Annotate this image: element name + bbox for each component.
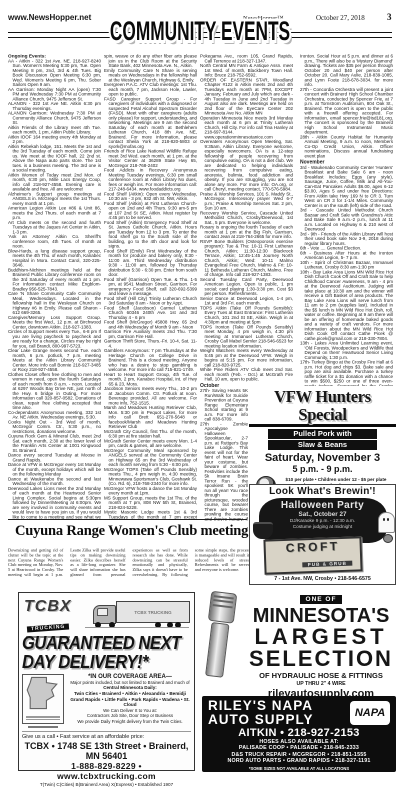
event-entry: Gamblers Anonymous: 7 pm Thursdays at th… (104, 349, 197, 373)
event-entry: Overeaters Anonymous Open Meeting, Sat. … (200, 140, 293, 192)
event-entry: Food Shelf (Jacobson) Carmel Lutheran Ch… (104, 306, 197, 320)
tcbx-logo-text: TCBX (24, 598, 72, 616)
event-entry: Cooks Night Out - 3rd Wed of month, McGr… (8, 420, 101, 434)
event-entry: Cuyuna Rock Gem & Mineral Club, meet 2nd… (8, 434, 101, 453)
event-entry: Caregiver/Memory Loss Support Group. Mee… (8, 315, 101, 329)
event-entry: McGregor TOPS (Take off Pounds Sensibly)… (104, 467, 197, 486)
event-entry: Clear Lake Grange meets second Tue. each… (8, 349, 101, 373)
event-entry: North Central MN Farm & Antique Assn. me… (200, 64, 293, 78)
event-entry: American Legion Aitkin Lee #86 & Unit 86… (8, 206, 101, 220)
event-entry: Food Addicts in Recovery Anonymous Meeti… (104, 168, 197, 192)
trailer-label: TCBX TRUCKING (134, 610, 171, 615)
events-column-4-text: Ironton. Social Hour at 5 p.m. and dinne… (300, 54, 393, 386)
event-entry: Heart to Heart Support Group, 4th Tue. o… (104, 372, 197, 386)
event-entry: Clothes Closet offers free clothing to m… (8, 372, 101, 410)
events-column-1-text: Ongoing Events: AA - Aitkin - 322 1st Av… (8, 54, 101, 519)
riley-big-text-3: SELECTION (246, 648, 396, 670)
event-entry: 10th - Bay Lake Area Lions MN Wild Rice … (300, 270, 393, 341)
event-entry: Evergreen P.A.C. ATV Club meetings: 1st … (104, 83, 197, 97)
halloween-party-title: Halloween Party (259, 500, 387, 511)
cauldron-smoke-panel: Halloween Party Sat., October 27 DJ/Kara… (259, 498, 387, 543)
ground-line (85, 627, 189, 628)
event-entry: Aitkin IOOF 164 meeting every 4th Monday… (8, 135, 101, 145)
event-list-col4b: 3rd - Waukenabo Community Center 'Hunter… (300, 165, 393, 386)
napa-logo: NAPA (350, 701, 390, 725)
event-entry: Care 'N Share Community Cafe Community M… (8, 292, 101, 316)
event-entry: McGrath City Council, first Thu. of the … (104, 429, 197, 439)
event-entry: Food Shelf (Garrison) Open Tue. & Thu. 1… (104, 277, 197, 296)
event-entry: McGregor Community Meal sponsored by ANG… (104, 448, 197, 467)
coverage-cities-2: Grand Rapids • Little Falls • Park Rapid… (69, 697, 191, 708)
croft-sign: CROFT PUB & GRUB (263, 536, 362, 574)
map-footnote-line (28, 726, 58, 728)
vfw-event-time: 5 p.m. - 9 p.m. (249, 464, 396, 474)
event-entry: 6th - Business After Hours at the Ironto… (300, 251, 393, 261)
napa-logo-text: NAPA (355, 707, 385, 719)
event-entry: McGregor VFW hosts a dance the 1st Monda… (104, 486, 197, 496)
croft-pub-halloween-ad: Look What's Brewin'! Halloween Party Sat… (249, 484, 396, 585)
riley-location-3: NORD AUTO PARTS • GRAND RAPIDS • 218-327… (208, 758, 390, 764)
deliver-line-2: Contractors Job Site, Door Step or Busin… (69, 713, 191, 718)
events-column-1: Ongoing Events: AA - Aitkin - 322 1st Av… (8, 54, 102, 519)
event-entry: 13th - Lakes Area Unlimited Learning eve… (300, 341, 393, 360)
riley-big-text-2: LARGEST (246, 626, 396, 648)
event-entry: Recovery Worship Service, Cascade United… (200, 211, 293, 225)
article-headline: Cuyuna Range Women's Club meeting (15, 523, 251, 540)
event-entry: Food Shelf (Aitkin): Open every Wednesda… (104, 192, 197, 202)
event-entry: Food Shelf (Aitkin) Emergency Food Shelf… (104, 220, 197, 249)
event-entry: Rosary is ongoing the fourth Tuesday of … (200, 225, 293, 239)
event-entry: Aitkin Friends of the Library meet 4th T… (8, 125, 101, 135)
event-entry: Ironton. Social Hour at 5 p.m. and dinne… (300, 54, 393, 87)
cauldron-icon (253, 522, 273, 539)
event-entry: Blow-Hards, a lung disease support group… (8, 249, 101, 268)
riley-name-line-1: RILEY'S NAPA (208, 699, 314, 713)
event-entry: Second Tuesday Card Party, Deerwood Amer… (200, 277, 293, 296)
event-entry: 17th- Turkey Bingo at the Crosby Fire Ha… (300, 360, 393, 386)
event-entry: Food Shelf (Aitkin) at First Lutheran Ch… (104, 201, 197, 220)
tcbx-address: TCBX • 1748 SE 13th Street • Brainerd, M… (22, 741, 191, 761)
pumpkin-icon (383, 534, 393, 543)
tcbx-logo: TCBX TRUCKING (24, 598, 72, 638)
event-entry: Aitkin Rebekah lodge, 151. Meets the 1st… (8, 144, 101, 173)
event-entry: Food Shelf (Hill City) Trinity Lutheran … (104, 296, 197, 306)
event-entry: 10th - Spirit of Christmas Bazaar, Imman… (300, 260, 393, 270)
event-entry: 'Ask an Attorney' Aitkin Co. Sheriff's c… (8, 235, 101, 249)
minnesota-coverage-map (22, 674, 64, 728)
page-title-text: COMMUNITY EVENTS (110, 16, 290, 46)
map-caption-line (26, 719, 60, 721)
article-body-region: Downsizing and getting rid of clutter wi… (8, 548, 250, 593)
semi-truck-image: TCBX TRUCKING (79, 599, 191, 631)
croft-event-date: Sat., October 27 (259, 511, 387, 518)
event-entry: Mystic Masonic Lodge meets 1st & 3rd Tue… (104, 510, 197, 519)
event-entry: Weight Watchers meets every Wednesday at… (200, 349, 293, 368)
deliver-line-3: We provide Daily Freight delivery from t… (69, 719, 191, 724)
vfw-event-date: Saturday, November 3 (249, 452, 396, 464)
event-entry: Praise & Worship Services, 101 S. Maddy … (200, 192, 293, 211)
section-divider-rule (8, 519, 247, 520)
coverage-cities-1: Twin Cities • Brainerd • Aitkin • Alexan… (69, 691, 191, 697)
event-list-col3b: 27th- Saving Hearts 5K Run/Walk for Suic… (200, 389, 248, 522)
event-entry: RSVP Bone Builders (Osteoporosis exercis… (200, 239, 293, 277)
minnesota-map-shape (24, 676, 60, 710)
event-list-col1: AA - Aitkin - 322 1st Ave. NE. 218-927-8… (8, 59, 101, 519)
vfw-hunters-special-ad: VFW Hunters Special Pulled Pork with Sla… (249, 388, 396, 481)
tcbx-headline-2: DAY DELIVERY!* (22, 653, 177, 672)
event-entry: Emily Community Care N Share is serving … (104, 68, 197, 82)
croft-event-line-2: Costume judging at midnight (259, 524, 387, 530)
event-entry: Dance at Waukenabo the second and last W… (8, 477, 101, 487)
tcbx-headline-1: GUARANTEED NEXT (22, 634, 177, 653)
event-entry: 27th - Zombie Apocalypse Halloween Spook… (200, 422, 248, 521)
event-entry: Jacobson Seniors meets every Thu., 10-2 … (104, 387, 197, 406)
event-entry: 3rd - Cascade United Methodist Church Ba… (300, 208, 393, 232)
hydraulic-hose-image (201, 591, 238, 682)
event-list-col4a: Ironton. Social Hour at 5 p.m. and dinne… (300, 54, 393, 159)
riley-subline-1: OF HYDRAULIC HOSE & FITTINGS (246, 671, 396, 680)
event-entry: 27th - Concordia Orchestra will present … (300, 87, 393, 135)
tcbx-truck-illustration: TCBX TRUCKING TCBX TRUCKING (22, 596, 191, 634)
event-entry: Art Club meets on the second and fourth … (8, 220, 101, 234)
event-entry: McGrath Senior Center meets every Mon. 1… (104, 439, 197, 449)
newspaper-page: www.NewsHopper.net NewsHopper™ October 2… (0, 0, 400, 791)
ghost-icon (378, 512, 395, 533)
event-entry: TOPS Ironton (Take Off Pounds Sensibly) … (200, 325, 293, 349)
events-column-2: spin, weave or do any other fiber arts p… (104, 54, 198, 519)
riley-subline-2: UP THRU 2" 4 WIRE (246, 681, 396, 687)
event-entry: Deerwood Lakes Lions meet the 2nd Monday… (8, 486, 101, 519)
vfw-menu-line-2: Slaw & Beans (268, 440, 377, 450)
event-entry: Dance at VFW in McGregor every 1st Monda… (8, 463, 101, 477)
tcbx-tagline: T(Twin) C(Cities) B(Brainerd Area) X(Exp… (22, 782, 191, 787)
event-list-col2: spin, weave or do any other fiber arts p… (104, 54, 197, 519)
event-entry: spin, weave or do any other fiber arts p… (104, 54, 197, 68)
event-entry: Aitkin Women of Today meet 2nd Mon. of m… (8, 173, 101, 192)
tcbx-logo-sub: TRUCKING (26, 624, 69, 633)
truck-windshield (97, 608, 108, 616)
event-entry: AA Garrison: Monday Night AA (open) 7:30… (8, 87, 101, 101)
croft-address: 7 - 1st Ave. NW, Crosby • 218-546-6575 (250, 576, 395, 582)
event-entry: 3rd - 9th - Friends of the Aitkin Librar… (300, 232, 393, 246)
event-entry: MS Support Group, meets the 1st Thu. of … (104, 496, 197, 510)
article-body-text: Downsizing and getting rid of clutter wi… (8, 548, 250, 577)
events-column-4: Ironton. Social Hour at 5 p.m. and dinne… (300, 54, 395, 386)
riley-big-text-1: MINNESOTA'S (246, 606, 396, 626)
event-entry: AA - Aitkin - 322 1st Ave. NE. 218-927-8… (8, 59, 101, 88)
page-title: COMMUNITY EVENTS COMMUNITY EVENTS (72, 17, 328, 45)
events-column-2-text: spin, weave or do any other fiber arts p… (104, 54, 197, 519)
event-entry: Buddhism-Nichiren meetings held at the B… (8, 268, 101, 292)
event-entry: 28th - Aitkin County Habitat for Humanit… (300, 135, 393, 159)
tcbx-phone-web: 1-888-829-8229 • www.tcbxtrucking.com (22, 761, 191, 781)
vfw-price-line: $10 per plate • Children under 12 - $5 p… (276, 477, 396, 482)
event-entry: Circles of Support meets every Tue., 6-8… (8, 330, 101, 349)
event-entry: TOPS Aitkin (Take Off Pounds Sensibly): … (200, 306, 293, 325)
one-of-label: ONE OF (300, 595, 343, 604)
vfw-ad-title: VFW Hunters Special (249, 388, 396, 427)
event-entry: ORDER OF EASTERN STAR, Woodland Chapter … (200, 78, 293, 116)
riley-hose-ad: ONE OF MINNESOTA'S LARGEST SELECTION OF … (200, 588, 396, 693)
event-entry: Operation Minnesota Nice meets 3rd Monda… (200, 116, 293, 140)
event-entry: 27th- Saving Hearts 5K Run/Walk for Suic… (200, 389, 248, 422)
event-entry: Senior Dance at Deerwood Legion, 1-4 pm,… (200, 296, 293, 306)
event-entry: ALANON Garrison: Wednesday 7:30 PM at Co… (8, 111, 101, 125)
event-entry: Friends of Rice Lake National Wildlife R… (104, 149, 197, 168)
croft-ad-title: Look What's Brewin'! (250, 486, 395, 497)
croft-name: CROFT (266, 539, 360, 554)
event-entry: Co-dependants Anonymous meeting, 332 1st… (8, 410, 101, 420)
riley-footnote: *SOME SIZES NOT AVAILABLE AT ALL LOCATIO… (208, 766, 390, 771)
event-entry: FASD Caregiver Support Group - For careg… (104, 97, 197, 149)
event-entry: Alzheimer's Support group meetings at AN… (8, 192, 101, 206)
event-entry: Marsh and Meadows Hunting Retriever Club… (104, 406, 197, 430)
map-caption-line (26, 716, 60, 718)
event-entry: White Pine Riders ATV Club meet 2nd Sat.… (200, 368, 293, 382)
vfw-menu-line-1: Pulled Pork with (268, 429, 377, 439)
event-entry: 3rd - Waukenabo Community Center 'Hunter… (300, 165, 393, 208)
event-list-col3a: Pokegama Ave., room 105, Grand Rapids, C… (200, 54, 293, 382)
riley-napa-box: RILEY'S NAPA AUTO SUPPLY NAPA AITKIN • 2… (202, 696, 396, 772)
riley-name-line-2: AUTO SUPPLY (208, 713, 314, 727)
croft-pub-grub-label: PUB & GRUB (303, 561, 352, 568)
tcbx-trucking-ad: TCBX TRUCKING TCBX TRUCKING GUARANTEED N… (18, 592, 195, 771)
event-entry: Food Shelf (Emily) First Wednesday of th… (104, 249, 197, 278)
truck-trailer: TCBX TRUCKING (116, 601, 190, 623)
tcbx-call-line: Give us a call • Fast service at an affo… (22, 734, 191, 740)
riley-city-phone: AITKIN • 218-927-2153 (208, 727, 390, 739)
page-number: 3 (387, 12, 392, 22)
